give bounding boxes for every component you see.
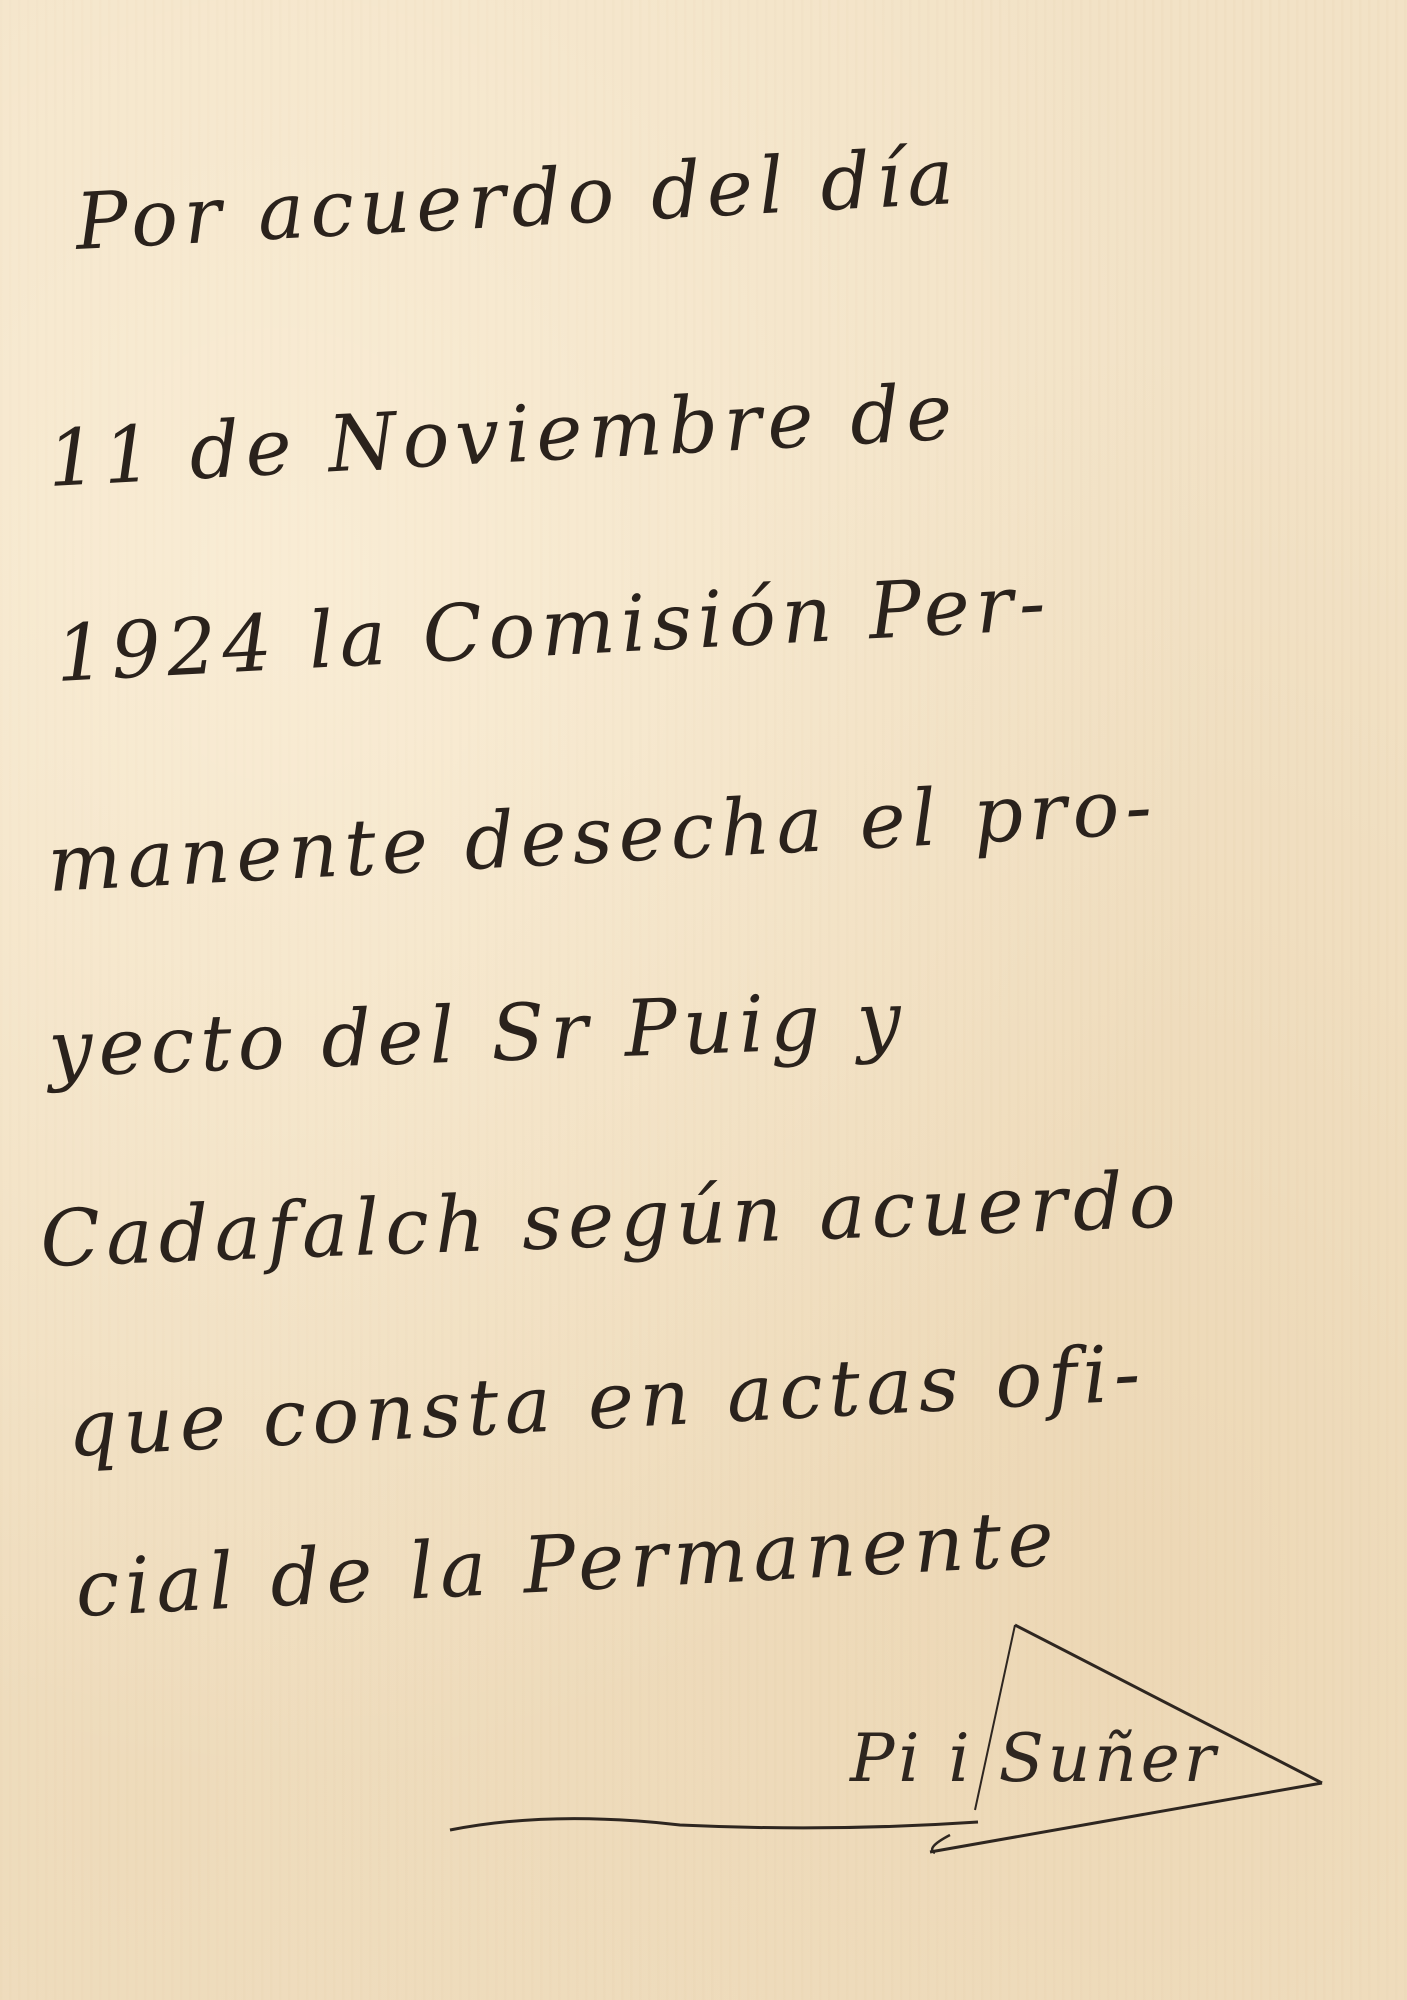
text-line-2: 11 de Noviembre de (45, 367, 960, 505)
text-line-3: 1924 la Comisión Per- (53, 558, 1053, 700)
text-line-6: Cadafalch según acuerdo (39, 1155, 1183, 1285)
signature: Pi i Suñer (850, 1720, 1219, 1797)
text-line-4: manente desecha el pro- (45, 762, 1160, 910)
handwritten-letter: Por acuerdo del día 11 de Noviembre de 1… (0, 0, 1407, 2000)
text-line-8: cial de la Permanente (73, 1494, 1061, 1635)
text-line-7: que consta en actas ofi- (65, 1329, 1148, 1475)
text-line-5: yecto del Sr Puig y (47, 975, 908, 1095)
text-line-1: Por acuerdo del día (73, 132, 962, 268)
signature-block: Pi i Suñer (430, 1620, 1350, 1900)
